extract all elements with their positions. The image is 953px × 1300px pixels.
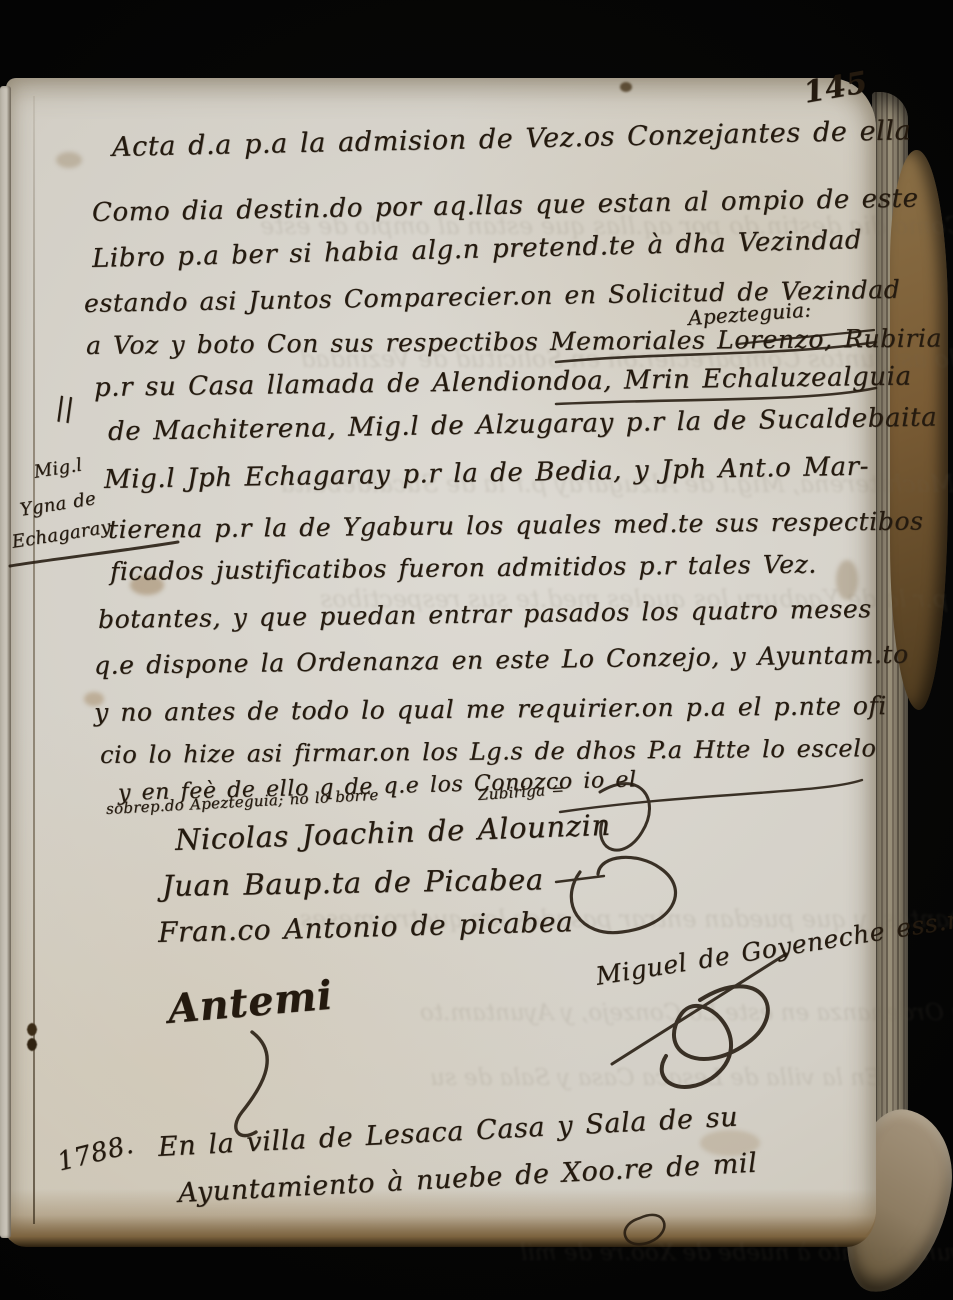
binding-stitch — [24, 1022, 40, 1052]
bleedthrough-line: En la villa de Lesaca Casa y Sala de su — [430, 1065, 882, 1091]
gutter-fold-line — [33, 96, 35, 1224]
gutter-page-sliver — [0, 86, 11, 1238]
manuscript-photo: Como dia destin.do por aq.llas que estan… — [0, 0, 953, 1300]
ink-spot — [620, 82, 632, 92]
bleedthrough-line: q.e dispone la Ordenanza en este Lo Conz… — [420, 1000, 953, 1026]
signature-second: Juan Baup.ta de Picabea — [162, 862, 544, 903]
paper-stain — [56, 152, 82, 168]
bleedthrough-line: Ayuntamiento à nuebe de Xoo.re de mil — [520, 1240, 953, 1266]
